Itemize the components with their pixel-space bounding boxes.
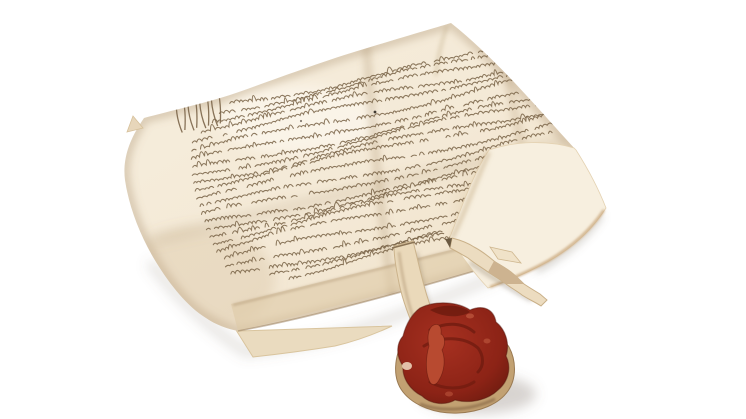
photo-medieval-charter: Medieval parchment charter with pendant … — [0, 0, 746, 419]
seal-highlight-3 — [445, 392, 453, 397]
seal-highlight-2 — [484, 339, 491, 344]
seal-highlight-1 — [466, 314, 474, 319]
ink-speck-1 — [374, 111, 377, 114]
ink-speck-2 — [300, 120, 302, 122]
seal-pale-chip — [402, 362, 412, 370]
charter-photo-canvas: Medieval parchment charter with pendant … — [0, 0, 746, 419]
